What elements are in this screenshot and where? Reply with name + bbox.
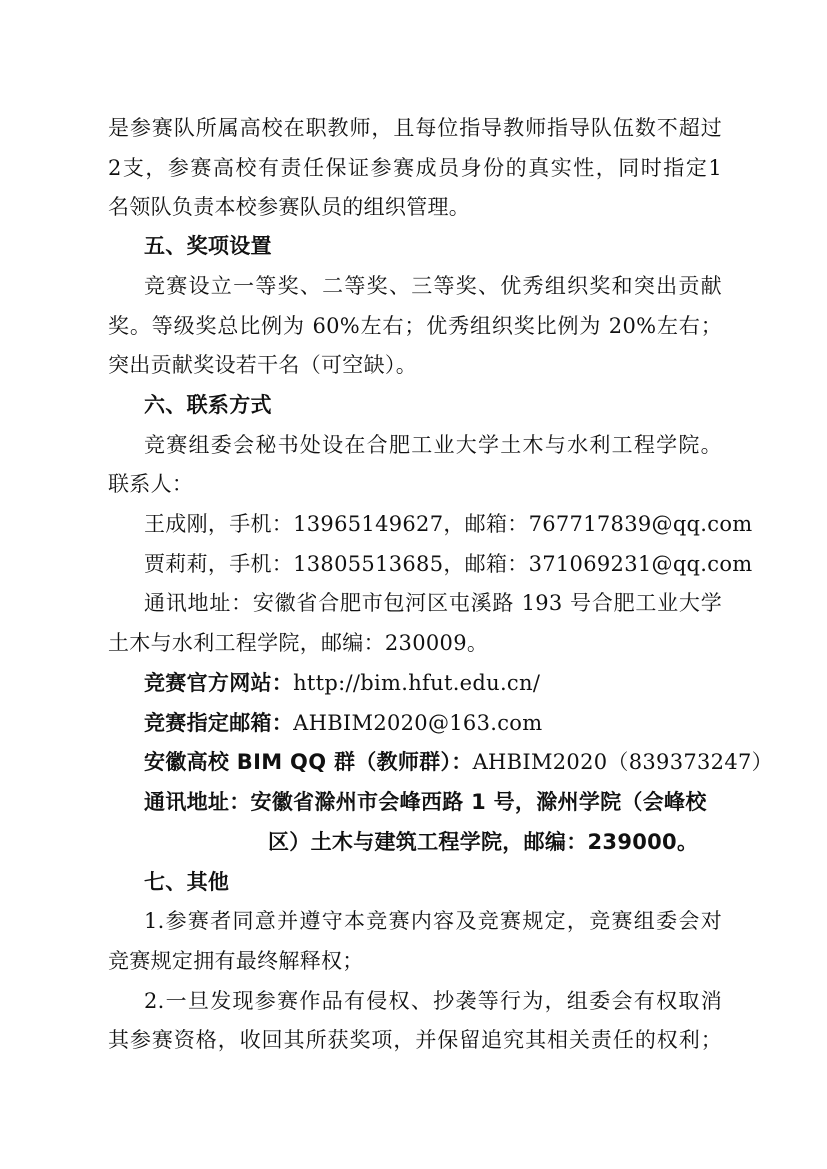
email-line: 竞赛指定邮箱：AHBIM2020@163.com — [144, 703, 542, 743]
paragraph-line: 是参赛队所属高校在职教师，且每位指导教师指导队伍数不超过 — [108, 108, 722, 148]
section-heading-contact: 六、联系方式 — [144, 385, 272, 425]
section-heading-other: 七、其他 — [144, 862, 229, 902]
contact-line: 王成刚，手机：13965149627，邮箱：767717839@qq.com — [144, 504, 753, 544]
mail-address-line-2: 区）土木与建筑工程学院，邮编：239000。 — [268, 822, 698, 862]
paragraph-line: 其参赛资格，收回其所获奖项，并保留追究其相关责任的权利； — [108, 1020, 722, 1060]
qq-group-label: 安徽高校 BIM QQ 群（教师群）： — [144, 750, 473, 774]
mail-address-value: 安徽省滁州市会峰西路 1 号，滁州学院（会峰校 — [251, 790, 707, 814]
paragraph-line: 竞赛组委会秘书处设在合肥工业大学土木与水利工程学院。 — [144, 425, 722, 465]
website-line: 竞赛官方网站：http://bim.hfut.edu.cn/ — [144, 663, 540, 703]
mail-address-label: 通讯地址： — [144, 790, 251, 814]
paragraph-line: 竞赛设立一等奖、二等奖、三等奖、优秀组织奖和突出贡献 — [144, 266, 722, 306]
paragraph-line: 联系人： — [108, 464, 193, 504]
paragraph-line: 1.参赛者同意并遵守本竞赛内容及竞赛规定，竞赛组委会对 — [144, 901, 722, 941]
qq-group-value: AHBIM2020（839373247） — [473, 750, 773, 774]
website-link[interactable]: http://bim.hfut.edu.cn/ — [293, 671, 540, 695]
paragraph-line: 名领队负责本校参赛队员的组织管理。 — [108, 187, 470, 227]
paragraph-line: 奖。等级奖总比例为 60%左右；优秀组织奖比例为 20%左右； — [108, 306, 722, 346]
qq-group-line: 安徽高校 BIM QQ 群（教师群）：AHBIM2020（839373247） — [144, 742, 773, 782]
contact-line: 贾莉莉，手机：13805513685，邮箱：371069231@qq.com — [144, 544, 753, 584]
paragraph-line: 竞赛规定拥有最终解释权； — [108, 941, 364, 981]
email-label: 竞赛指定邮箱： — [144, 711, 293, 735]
paragraph-line: 突出贡献奖设若干名（可空缺）。 — [108, 345, 417, 385]
website-label: 竞赛官方网站： — [144, 671, 293, 695]
address-line: 通讯地址：安徽省合肥市包河区屯溪路 193 号合肥工业大学 — [144, 583, 722, 623]
mail-address-line: 通讯地址：安徽省滁州市会峰西路 1 号，滁州学院（会峰校 — [144, 782, 707, 822]
email-link[interactable]: AHBIM2020@163.com — [293, 711, 542, 735]
paragraph-line: 2支，参赛高校有责任保证参赛成员身份的真实性，同时指定1 — [108, 148, 722, 188]
section-heading-awards: 五、奖项设置 — [144, 226, 272, 266]
address-line: 土木与水利工程学院，邮编：230009。 — [108, 623, 488, 663]
paragraph-line: 2.一旦发现参赛作品有侵权、抄袭等行为，组委会有权取消 — [144, 981, 722, 1021]
